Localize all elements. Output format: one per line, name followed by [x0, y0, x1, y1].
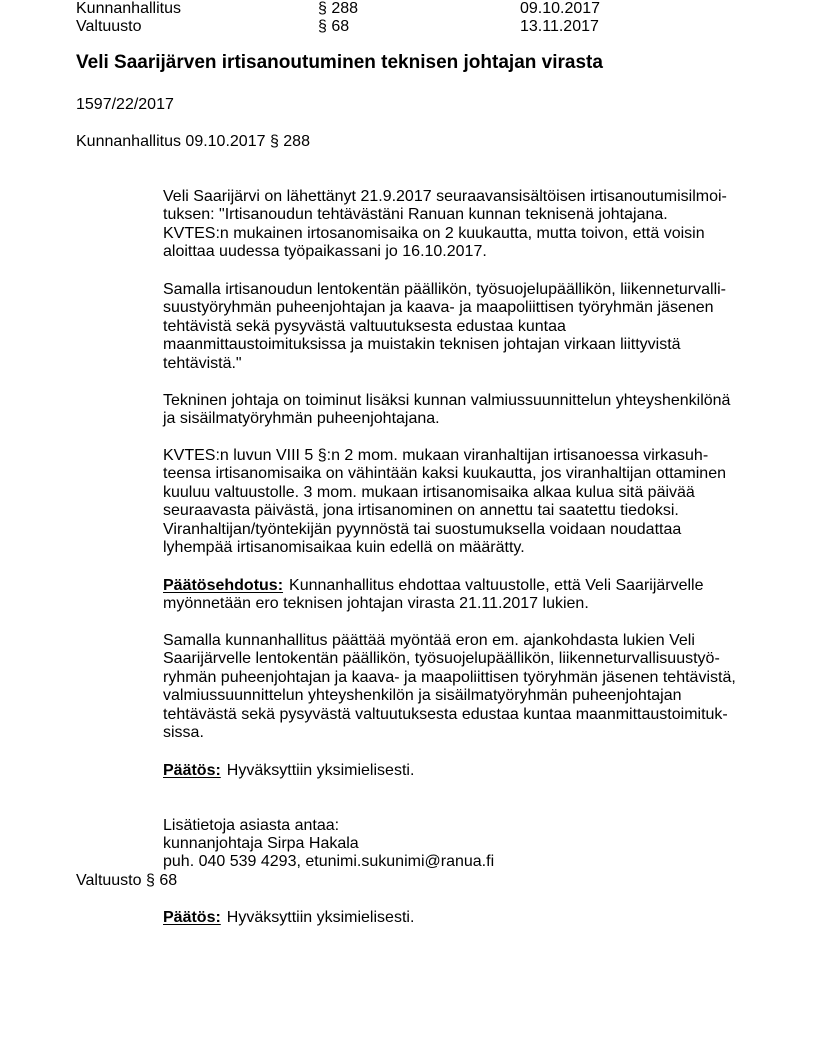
decision-proposal: Päätösehdotus:Kunnanhallitus ehdottaa va…: [163, 577, 743, 614]
decision-text: Hyväksyttiin yksimielisesti.: [227, 909, 415, 926]
paragraph-additional-roles: Tekninen johtaja on toiminut lisäksi kun…: [163, 392, 743, 429]
header-section: § 288: [318, 0, 358, 18]
header-body: Valtuusto: [76, 18, 142, 36]
header-body: Kunnanhallitus: [76, 0, 181, 18]
header-row-board: Kunnanhallitus § 288 09.10.2017: [76, 0, 776, 18]
decision-label: Päätös:: [163, 762, 221, 779]
header-row-council: Valtuusto § 68 13.11.2017: [76, 18, 776, 36]
meeting-reference: Kunnanhallitus 09.10.2017 § 288: [76, 133, 310, 151]
proposal-label: Päätösehdotus:: [163, 577, 283, 594]
document-title: Veli Saarijärven irtisanoutuminen teknis…: [76, 54, 603, 72]
paragraph-resignation-notice: Veli Saarijärvi on lähettänyt 21.9.2017 …: [163, 188, 743, 262]
contact-person: kunnanjohtaja Sirpa Hakala: [163, 835, 743, 853]
header-section: § 68: [318, 18, 349, 36]
header-date: 13.11.2017: [520, 18, 599, 36]
paragraph-kvtes-rules: KVTES:n luvun VIII 5 §:n 2 mom. mukaan v…: [163, 447, 743, 557]
paragraph-other-duties: Samalla irtisanoudun lentokentän päällik…: [163, 281, 743, 373]
decision-label: Päätös:: [163, 909, 221, 926]
decision-text: Hyväksyttiin yksimielisesti.: [227, 762, 415, 779]
decision-board: Päätös:Hyväksyttiin yksimielisesti.: [163, 762, 743, 780]
council-reference: Valtuusto § 68: [76, 872, 177, 890]
contact-intro: Lisätietoja asiasta antaa:: [163, 817, 743, 835]
paragraph-additional-release: Samalla kunnanhallitus päättää myöntää e…: [163, 632, 743, 742]
header-date: 09.10.2017: [520, 0, 600, 18]
decision-council: Päätös:Hyväksyttiin yksimielisesti.: [163, 909, 743, 927]
contact-details: puh. 040 539 4293, etunimi.sukunimi@ranu…: [163, 853, 743, 871]
case-number: 1597/22/2017: [76, 96, 174, 114]
